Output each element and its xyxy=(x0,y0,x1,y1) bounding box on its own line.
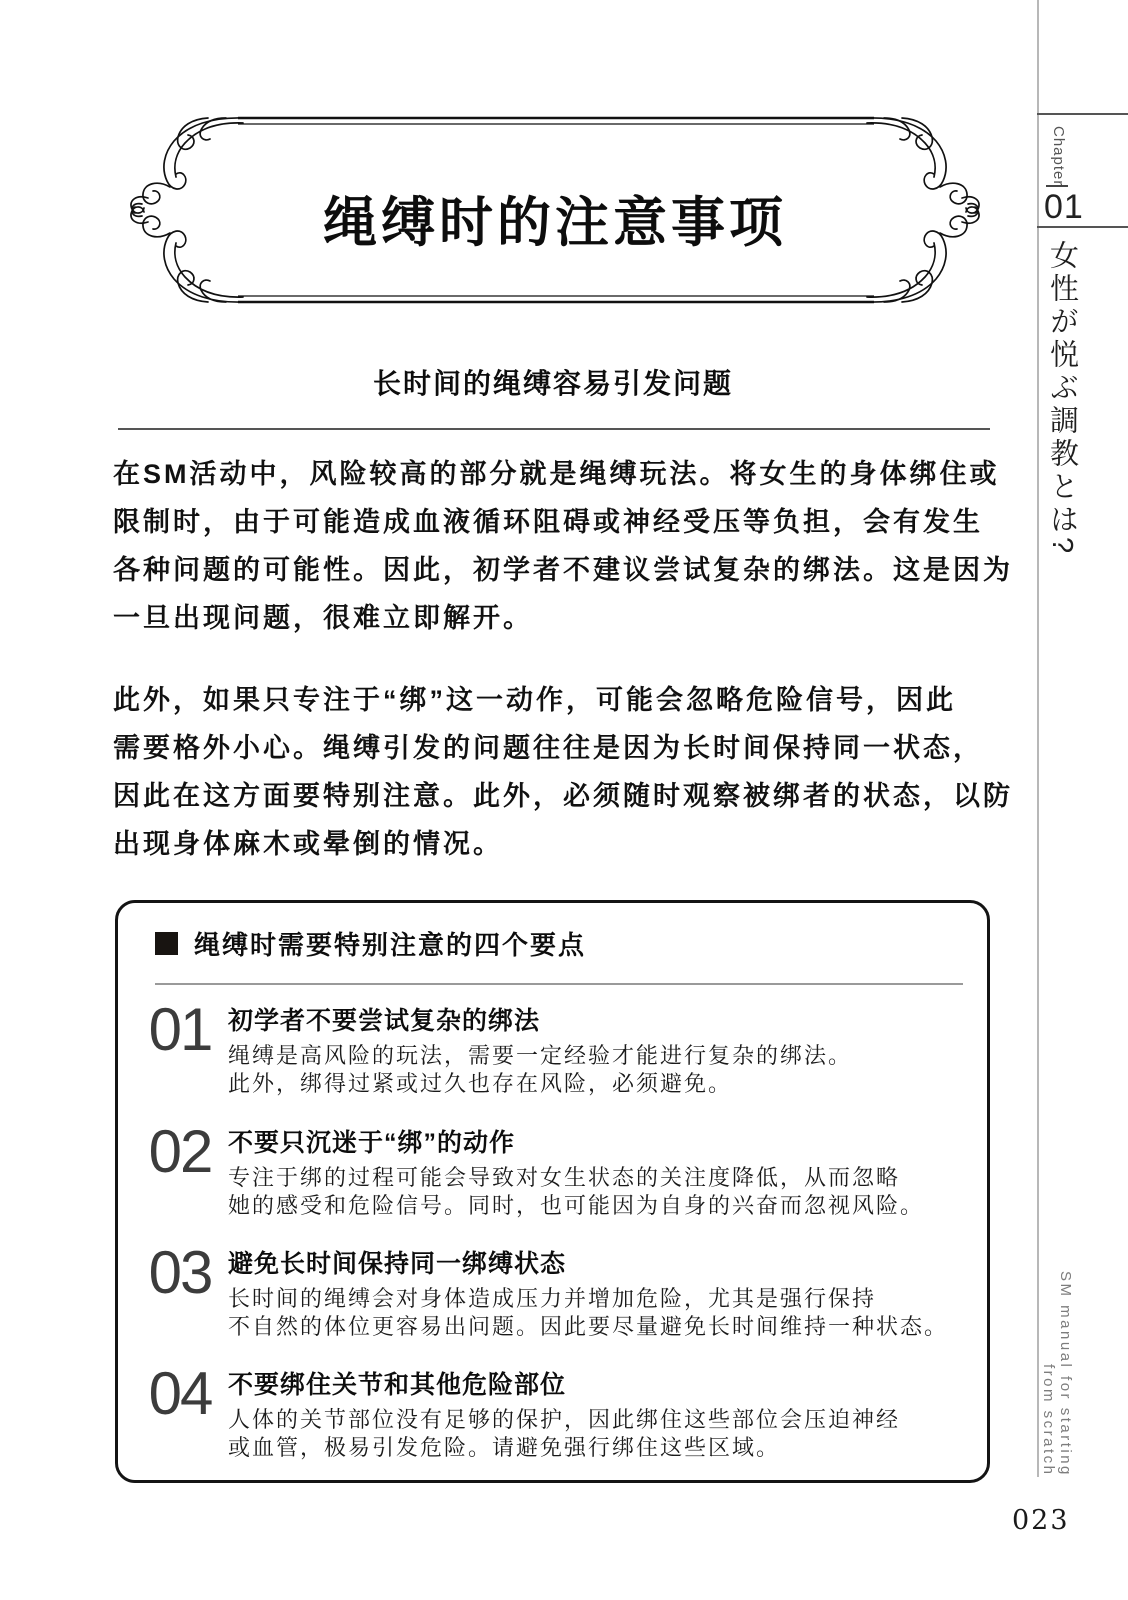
book-page: 绳缚时的注意事项 长时间的绳缚容易引发问题 在SM活动中，风险较高的部分就是绳缚… xyxy=(0,0,1128,1600)
point-content: 初学者不要尝试复杂的绑法 绳缚是高风险的玩法，需要一定经验才能进行复杂的绑法。 … xyxy=(228,1001,852,1098)
book-subtitle-line1: SM manual for starting xyxy=(1057,1235,1074,1477)
point-body: 专注于绑的过程可能会导致对女生状态的关注度降低，从而忽略 她的感受和危险信号。同… xyxy=(228,1164,924,1220)
key-points-header: 绳缚时需要特别注意的四个要点 xyxy=(155,925,586,962)
point-item-1: 01 初学者不要尝试复杂的绑法 绳缚是高风险的玩法，需要一定经验才能进行复杂的绑… xyxy=(148,1001,963,1098)
book-title-vertical: 女性が悦ぶ調教とは? xyxy=(1042,240,1083,557)
point-title: 初学者不要尝试复杂的绑法 xyxy=(228,1001,852,1037)
point-body: 绳缚是高风险的玩法，需要一定经验才能进行复杂的绑法。 此外，绑得过紧或过久也存在… xyxy=(228,1042,852,1098)
book-subtitle-vertical: SM manual for starting from scratch xyxy=(1040,1235,1074,1477)
point-title: 避免长时间保持同一绑缚状态 xyxy=(228,1244,948,1280)
point-title: 不要绑住关节和其他危险部位 xyxy=(228,1365,900,1401)
point-content: 不要只沉迷于“绑”的动作 专注于绑的过程可能会导致对女生状态的关注度降低，从而忽… xyxy=(228,1123,924,1220)
point-item-4: 04 不要绑住关节和其他危险部位 人体的关节部位没有足够的保护，因此绑住这些部位… xyxy=(148,1365,963,1462)
page-number: 023 xyxy=(1012,1505,1070,1536)
key-points-box: 绳缚时需要特别注意的四个要点 01 初学者不要尝试复杂的绑法 绳缚是高风险的玩法… xyxy=(115,900,990,1483)
point-title: 不要只沉迷于“绑”的动作 xyxy=(228,1123,924,1159)
point-item-2: 02 不要只沉迷于“绑”的动作 专注于绑的过程可能会导致对女生状态的关注度降低，… xyxy=(148,1123,963,1220)
chapter-label: Chapter xyxy=(1050,126,1067,186)
page-title: 绳缚时的注意事项 xyxy=(118,180,992,257)
point-content: 不要绑住关节和其他危险部位 人体的关节部位没有足够的保护，因此绑住这些部位会压迫… xyxy=(228,1365,900,1462)
section-subtitle: 长时间的绳缚容易引发问题 xyxy=(113,362,993,402)
title-frame: 绳缚时的注意事项 xyxy=(118,112,992,308)
point-number: 03 xyxy=(148,1244,212,1341)
point-body: 人体的关节部位没有足够的保护，因此绑住这些部位会压迫神经 或血管，极易引发危险。… xyxy=(228,1406,900,1462)
key-points-divider xyxy=(155,983,963,985)
square-bullet-icon xyxy=(155,932,178,955)
book-subtitle-line2: from scratch xyxy=(1040,1235,1057,1477)
key-points-title: 绳缚时需要特别注意的四个要点 xyxy=(194,925,586,962)
subtitle-divider xyxy=(118,428,990,430)
paragraph-2: 此外，如果只专注于“绑”这一动作，可能会忽略危险信号，因此 需要格外小心。绳缚引… xyxy=(113,676,1013,868)
sidebar-vertical-rule xyxy=(1037,0,1039,1477)
point-content: 避免长时间保持同一绑缚状态 长时间的绳缚会对身体造成压力并增加危险，尤其是强行保… xyxy=(228,1244,948,1341)
chapter-dash xyxy=(1046,185,1068,187)
paragraph-1: 在SM活动中，风险较高的部分就是绳缚玩法。将女生的身体绑住或 限制时，由于可能造… xyxy=(113,450,1013,642)
point-number: 04 xyxy=(148,1365,212,1462)
point-item-3: 03 避免长时间保持同一绑缚状态 长时间的绳缚会对身体造成压力并增加危险，尤其是… xyxy=(148,1244,963,1341)
point-number: 02 xyxy=(148,1123,212,1220)
sidebar-top-rule xyxy=(1037,113,1128,115)
point-body: 长时间的绳缚会对身体造成压力并增加危险，尤其是强行保持 不自然的体位更容易出问题… xyxy=(228,1285,948,1341)
point-number: 01 xyxy=(148,1001,212,1098)
chapter-number: 01 xyxy=(1044,188,1084,227)
